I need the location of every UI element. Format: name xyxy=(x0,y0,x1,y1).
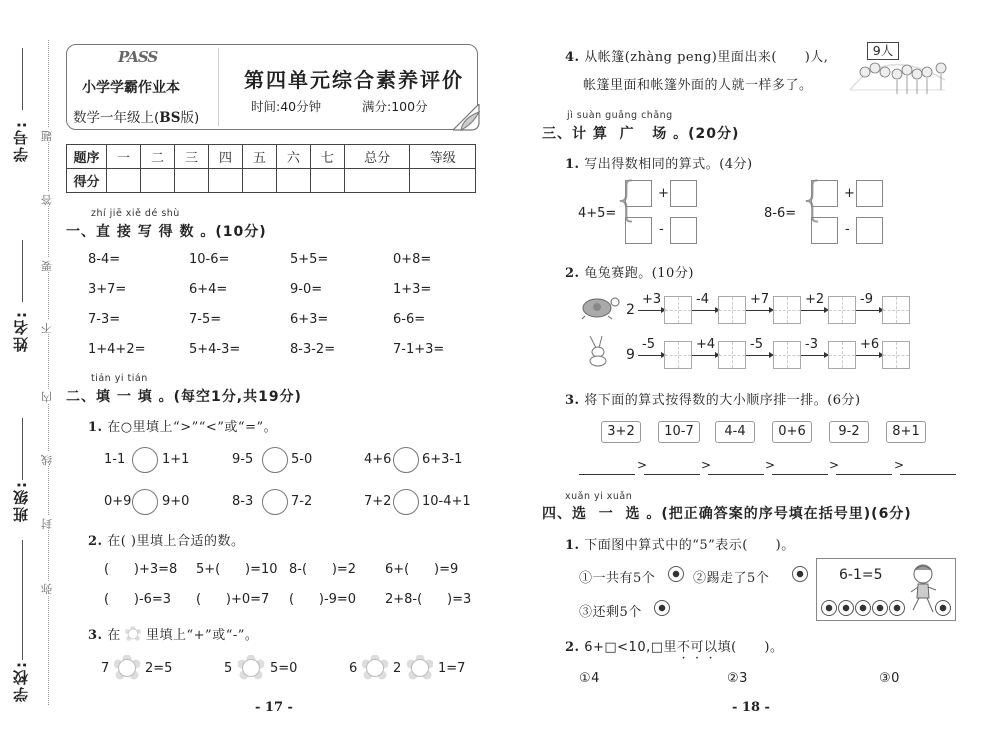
step-arrow: +2 xyxy=(801,294,827,314)
seal-char: 弥 xyxy=(41,581,52,595)
step-label: +2 xyxy=(805,292,824,307)
equation-left: 4+5= xyxy=(578,206,616,221)
row-label: 题序 xyxy=(67,145,107,169)
question-text: 将下面的算式按得数的大小顺序排一排。(6分) xyxy=(584,393,860,408)
question-number: 2. xyxy=(565,640,580,655)
step-arrow: -9 xyxy=(856,294,882,314)
turtle-icon xyxy=(580,294,620,320)
class-line[interactable] xyxy=(22,418,23,480)
q3-2-prompt: 2. 龟兔赛跑。(10分) xyxy=(565,262,694,281)
emphasis-char: 以 xyxy=(704,640,718,655)
arith-problem: 8-4= xyxy=(88,252,120,267)
soccer-ball-icon xyxy=(668,566,684,582)
option-3[interactable]: ③还剩5个 xyxy=(579,601,642,620)
question-number: 1. xyxy=(565,538,580,553)
question-text: 写出得数相同的算式。(4分) xyxy=(584,157,752,172)
grid-answer-box[interactable] xyxy=(718,341,746,369)
answer-box[interactable] xyxy=(670,180,697,207)
greater-than: > xyxy=(637,458,647,472)
op-rest: 5=0 xyxy=(270,661,297,676)
arith-problem: 9-0= xyxy=(290,282,322,297)
fill-blank-problem[interactable]: ( )+0=7 xyxy=(196,592,269,607)
score-cell[interactable] xyxy=(140,169,174,193)
order-blank[interactable] xyxy=(579,474,635,475)
arith-problem: 1+3= xyxy=(393,282,431,297)
student-id-line[interactable] xyxy=(22,48,23,110)
soccer-ball-icon xyxy=(855,600,871,616)
expression-chip[interactable]: 8+1 xyxy=(886,421,926,443)
answer-box[interactable] xyxy=(625,217,652,244)
seal-char: 题 xyxy=(41,128,52,142)
page-number-left: - 17 - xyxy=(255,700,293,715)
fill-blank-problem[interactable]: 2+8-( )=3 xyxy=(385,592,471,607)
compare-left: 1-1 xyxy=(104,452,125,467)
brand-name: 小学学霸作业本 xyxy=(82,77,180,97)
question-text: 在 xyxy=(107,628,121,643)
option-1[interactable]: ①一共有5个 xyxy=(579,567,655,586)
minus-sign: - xyxy=(845,222,850,237)
question-text: 龟兔赛跑。(10分) xyxy=(584,266,694,281)
tent-count-label: 9人 xyxy=(867,42,899,60)
picture-equation: 6-1=5 xyxy=(839,567,883,583)
answer-box[interactable] xyxy=(856,180,883,207)
compare-circle-input[interactable] xyxy=(132,489,158,515)
order-blank[interactable] xyxy=(708,474,764,475)
q4-2-prompt: 2. 6+□<10,□里不可以填( )。 xyxy=(565,636,784,655)
question-number: 1. xyxy=(88,420,103,435)
col-header: 五 xyxy=(242,145,276,169)
question-number: 1. xyxy=(565,157,580,172)
section4-title: 四、选 一 选 。(把正确答案的序号填在括号里)(6分) xyxy=(542,503,912,523)
answer-box[interactable] xyxy=(811,180,838,207)
col-header: 二 xyxy=(140,145,174,169)
fill-blank-problem[interactable]: 6+( )=9 xyxy=(385,562,458,577)
compare-left: 8-3 xyxy=(232,494,253,509)
seal-char: 不 xyxy=(41,320,52,334)
question-text: 6+□<10,□里 xyxy=(584,640,677,655)
grid-answer-box[interactable] xyxy=(664,341,692,369)
col-header: 四 xyxy=(208,145,242,169)
compare-circle-input[interactable] xyxy=(262,489,288,515)
option-2[interactable]: ②踢走了5个 xyxy=(693,567,769,586)
exam-time: 时间:40分钟 xyxy=(251,97,321,115)
col-header: 七 xyxy=(310,145,344,169)
emphasis-char: 不 xyxy=(677,640,691,655)
seal-char: 内 xyxy=(41,389,52,403)
rabbit-start: 9 xyxy=(626,347,635,363)
greater-than: > xyxy=(765,458,775,472)
question-text: 里填上“+”或“-”。 xyxy=(146,628,258,643)
section3-title: 三、计 算 广 场 。(20分) xyxy=(542,123,739,143)
grid-answer-box[interactable] xyxy=(882,341,910,369)
score-table-score-row: 得分 xyxy=(67,169,476,193)
school-label: 学校: xyxy=(10,660,31,702)
expression-chip[interactable]: 0+6 xyxy=(772,421,812,443)
question-number: 4. xyxy=(565,50,580,65)
q3-3-prompt: 3. 将下面的算式按得数的大小顺序排一排。(6分) xyxy=(565,389,861,408)
flower-op-input[interactable] xyxy=(362,655,388,681)
greater-than: > xyxy=(701,458,711,472)
question-text: 在○里填上“>”“<”或“=”。 xyxy=(107,420,277,435)
q2-2-prompt: 2. 在( )里填上合适的数。 xyxy=(88,530,245,549)
step-label: -5 xyxy=(642,337,655,352)
score-cell[interactable] xyxy=(276,169,310,193)
equation-left: 8-6= xyxy=(764,206,796,221)
step-label: +4 xyxy=(696,337,715,352)
step-arrow: -3 xyxy=(801,339,827,359)
compare-circle-input[interactable] xyxy=(262,447,288,473)
page-curl-icon xyxy=(453,104,481,132)
seal-char: 答 xyxy=(41,192,52,206)
boy-kicking-icon xyxy=(907,562,939,618)
score-cell[interactable] xyxy=(410,169,476,193)
question-text: 在( )里填上合适的数。 xyxy=(107,534,244,549)
compare-right: 1+1 xyxy=(162,452,189,467)
compare-right: 10-4+1 xyxy=(422,494,471,509)
order-blank[interactable] xyxy=(836,474,892,475)
seal-char: 线 xyxy=(41,452,52,466)
score-cell[interactable] xyxy=(208,169,242,193)
q4-1-prompt: 1. 下面图中算式中的“5”表示( )。 xyxy=(565,534,795,553)
grid-answer-box[interactable] xyxy=(773,341,801,369)
option-1[interactable]: ①4 xyxy=(579,671,600,686)
expression-chip[interactable]: 9-2 xyxy=(829,421,869,443)
expression-chip[interactable]: 10-7 xyxy=(658,421,700,443)
grid-answer-box[interactable] xyxy=(828,341,856,369)
question-text[interactable]: 下面图中算式中的“5”表示( )。 xyxy=(584,538,795,553)
arith-problem: 6-6= xyxy=(393,312,425,327)
step-arrow: -4 xyxy=(692,294,718,314)
compare-circle-input[interactable] xyxy=(393,447,419,473)
arith-problem: 5+5= xyxy=(290,252,328,267)
question-number: 3. xyxy=(88,628,103,643)
name-label: 姓名: xyxy=(10,310,31,352)
fill-blank-problem[interactable]: 5+( )=10 xyxy=(196,562,278,577)
answer-box[interactable] xyxy=(811,217,838,244)
emphasis-char: 可 xyxy=(691,640,705,655)
grade-label: 数学一年级上(BS版) xyxy=(73,106,199,126)
arith-problem: 7-1+3= xyxy=(393,342,444,357)
op-operand: 2 xyxy=(393,661,401,676)
compare-left: 0+9 xyxy=(104,494,131,509)
compare-right: 6+3-1 xyxy=(422,452,462,467)
soccer-ball-icon xyxy=(654,600,670,616)
question-text[interactable]: 填( )。 xyxy=(718,640,784,655)
greater-than: > xyxy=(829,458,839,472)
plus-sign: + xyxy=(658,186,669,201)
op-operand: 6 xyxy=(349,661,357,676)
row-label: 得分 xyxy=(67,169,107,193)
step-label: -3 xyxy=(805,337,818,352)
op-operand: 5 xyxy=(224,661,232,676)
seal-char: 封 xyxy=(41,516,52,530)
score-cell[interactable] xyxy=(107,169,141,193)
col-header: 等级 xyxy=(410,145,476,169)
student-id-label: 学号: xyxy=(10,120,31,162)
compare-right: 7-2 xyxy=(291,494,312,509)
arith-problem: 10-6= xyxy=(189,252,229,267)
grid-answer-box[interactable] xyxy=(828,296,856,324)
step-arrow: -5 xyxy=(746,339,772,359)
fill-blank-problem[interactable]: ( )-6=3 xyxy=(104,592,171,607)
col-header: 六 xyxy=(276,145,310,169)
grid-answer-box[interactable] xyxy=(882,296,910,324)
grid-answer-box[interactable] xyxy=(664,296,692,324)
score-cell[interactable] xyxy=(310,169,344,193)
answer-box[interactable] xyxy=(856,217,883,244)
answer-box[interactable] xyxy=(625,180,652,207)
arith-problem: 0+8= xyxy=(393,252,431,267)
plus-sign: + xyxy=(844,186,855,201)
compare-right: 9+0 xyxy=(162,494,189,509)
header-divider xyxy=(218,48,219,126)
q2-4-prompt-line1: 4. 从帐篷(zhàng peng)里面出来( )人, xyxy=(565,46,828,65)
question-number: 3. xyxy=(565,393,580,408)
soccer-picture: 6-1=5 xyxy=(816,558,956,621)
q2-1-prompt: 1. 在○里填上“>”“<”或“=”。 xyxy=(88,416,277,435)
section3-pinyin: jì suàn guǎng chǎng xyxy=(567,110,673,121)
soccer-ball-icon xyxy=(821,600,837,616)
turtle-start: 2 xyxy=(626,302,635,318)
school-line[interactable] xyxy=(22,540,23,660)
fill-blank-problem[interactable]: 8-( )=2 xyxy=(289,562,356,577)
step-arrow: +4 xyxy=(692,339,718,359)
q3-1-prompt: 1. 写出得数相同的算式。(4分) xyxy=(565,153,753,172)
arith-problem: 3+7= xyxy=(88,282,126,297)
arith-problem: 6+4= xyxy=(189,282,227,297)
step-arrow: +7 xyxy=(746,294,772,314)
q2-3-prompt: 3. 在 里填上“+”或“-”。 xyxy=(88,624,258,643)
arith-problem: 8-3-2= xyxy=(290,342,335,357)
grid-answer-box[interactable] xyxy=(718,296,746,324)
soccer-ball-icon xyxy=(872,600,888,616)
compare-circle-input[interactable] xyxy=(132,447,158,473)
order-blank[interactable] xyxy=(900,474,956,475)
grade-suffix: 版) xyxy=(180,110,199,126)
step-label: +7 xyxy=(750,292,769,307)
q2-4-prompt-line2: 帐篷里面和帐篷外面的人就一样多了。 xyxy=(583,74,813,93)
name-line[interactable] xyxy=(22,240,23,302)
minus-sign: - xyxy=(659,222,664,237)
flower-op-input[interactable] xyxy=(407,655,433,681)
option-2[interactable]: ②3 xyxy=(727,671,748,686)
order-blank[interactable] xyxy=(772,474,828,475)
page-number-right: - 18 - xyxy=(732,700,770,715)
step-arrow: +6 xyxy=(856,339,882,359)
arith-problem: 5+4-3= xyxy=(189,342,240,357)
rabbit-icon xyxy=(584,334,612,368)
step-label: +3 xyxy=(642,292,661,307)
step-arrow: -5 xyxy=(638,339,664,359)
compare-left: 4+6 xyxy=(364,452,391,467)
section4-pinyin: xuǎn yi xuǎn xyxy=(565,491,632,502)
fill-blank-problem[interactable]: ( )-9=0 xyxy=(289,592,356,607)
grade-prefix: 数学一年级上( xyxy=(73,110,159,126)
grid-answer-box[interactable] xyxy=(773,296,801,324)
step-arrow: +3 xyxy=(638,294,664,314)
score-table: 题序 一 二 三 四 五 六 七 总分 等级 得分 xyxy=(66,144,476,193)
score-cell[interactable] xyxy=(174,169,208,193)
answer-box[interactable] xyxy=(670,217,697,244)
arith-problem: 6+3= xyxy=(290,312,328,327)
step-label: +6 xyxy=(860,337,879,352)
flower-op-input[interactable] xyxy=(114,655,140,681)
section2-title: 二、填 一 填 。(每空1分,共19分) xyxy=(66,386,302,406)
fill-blank-problem[interactable]: ( )+3=8 xyxy=(104,562,177,577)
score-table-header-row: 题序 一 二 三 四 五 六 七 总分 等级 xyxy=(67,145,476,169)
step-label: -4 xyxy=(696,292,709,307)
op-rest: 2=5 xyxy=(145,661,172,676)
option-3[interactable]: ③0 xyxy=(879,671,900,686)
score-cell[interactable] xyxy=(344,169,410,193)
grade-edition: BS xyxy=(159,110,180,126)
arith-problem: 1+4+2= xyxy=(88,342,146,357)
soccer-ball-icon xyxy=(838,600,854,616)
op-operand: 7 xyxy=(101,661,109,676)
class-label: 班级: xyxy=(10,480,31,522)
tent-people-illustration-icon xyxy=(845,50,955,98)
col-header: 总分 xyxy=(344,145,410,169)
compare-circle-input[interactable] xyxy=(393,489,419,515)
score-cell[interactable] xyxy=(242,169,276,193)
flower-op-input[interactable] xyxy=(238,655,264,681)
section2-pinyin: tián yi tián xyxy=(91,373,148,384)
seal-char: 要 xyxy=(41,258,52,272)
expression-chip[interactable]: 3+2 xyxy=(601,421,641,443)
question-number: 2. xyxy=(88,534,103,549)
step-label: -5 xyxy=(750,337,763,352)
question-text[interactable]: 从帐篷(zhàng peng)里面出来( )人, xyxy=(584,50,828,65)
section1-title: 一、直 接 写 得 数 。(10分) xyxy=(66,221,267,241)
arith-problem: 7-5= xyxy=(189,312,221,327)
col-header: 三 xyxy=(174,145,208,169)
order-blank[interactable] xyxy=(644,474,700,475)
op-rest: 1=7 xyxy=(438,661,465,676)
soccer-ball-icon xyxy=(889,600,905,616)
step-label: -9 xyxy=(860,292,873,307)
section1-pinyin: zhí jiē xiě dé shù xyxy=(91,208,180,219)
col-header: 一 xyxy=(107,145,141,169)
greater-than: > xyxy=(894,458,904,472)
compare-left: 7+2 xyxy=(364,494,391,509)
compare-left: 9-5 xyxy=(232,452,253,467)
question-number: 2. xyxy=(565,266,580,281)
arith-problem: 7-3= xyxy=(88,312,120,327)
exam-full-score: 满分:100分 xyxy=(362,97,428,115)
expression-chip[interactable]: 4-4 xyxy=(715,421,755,443)
exam-title: 第四单元综合素养评价 xyxy=(244,64,464,93)
soccer-ball-icon xyxy=(792,566,808,582)
pass-logo: PASS xyxy=(118,48,157,66)
compare-right: 5-0 xyxy=(291,452,312,467)
flower-icon xyxy=(125,626,141,642)
